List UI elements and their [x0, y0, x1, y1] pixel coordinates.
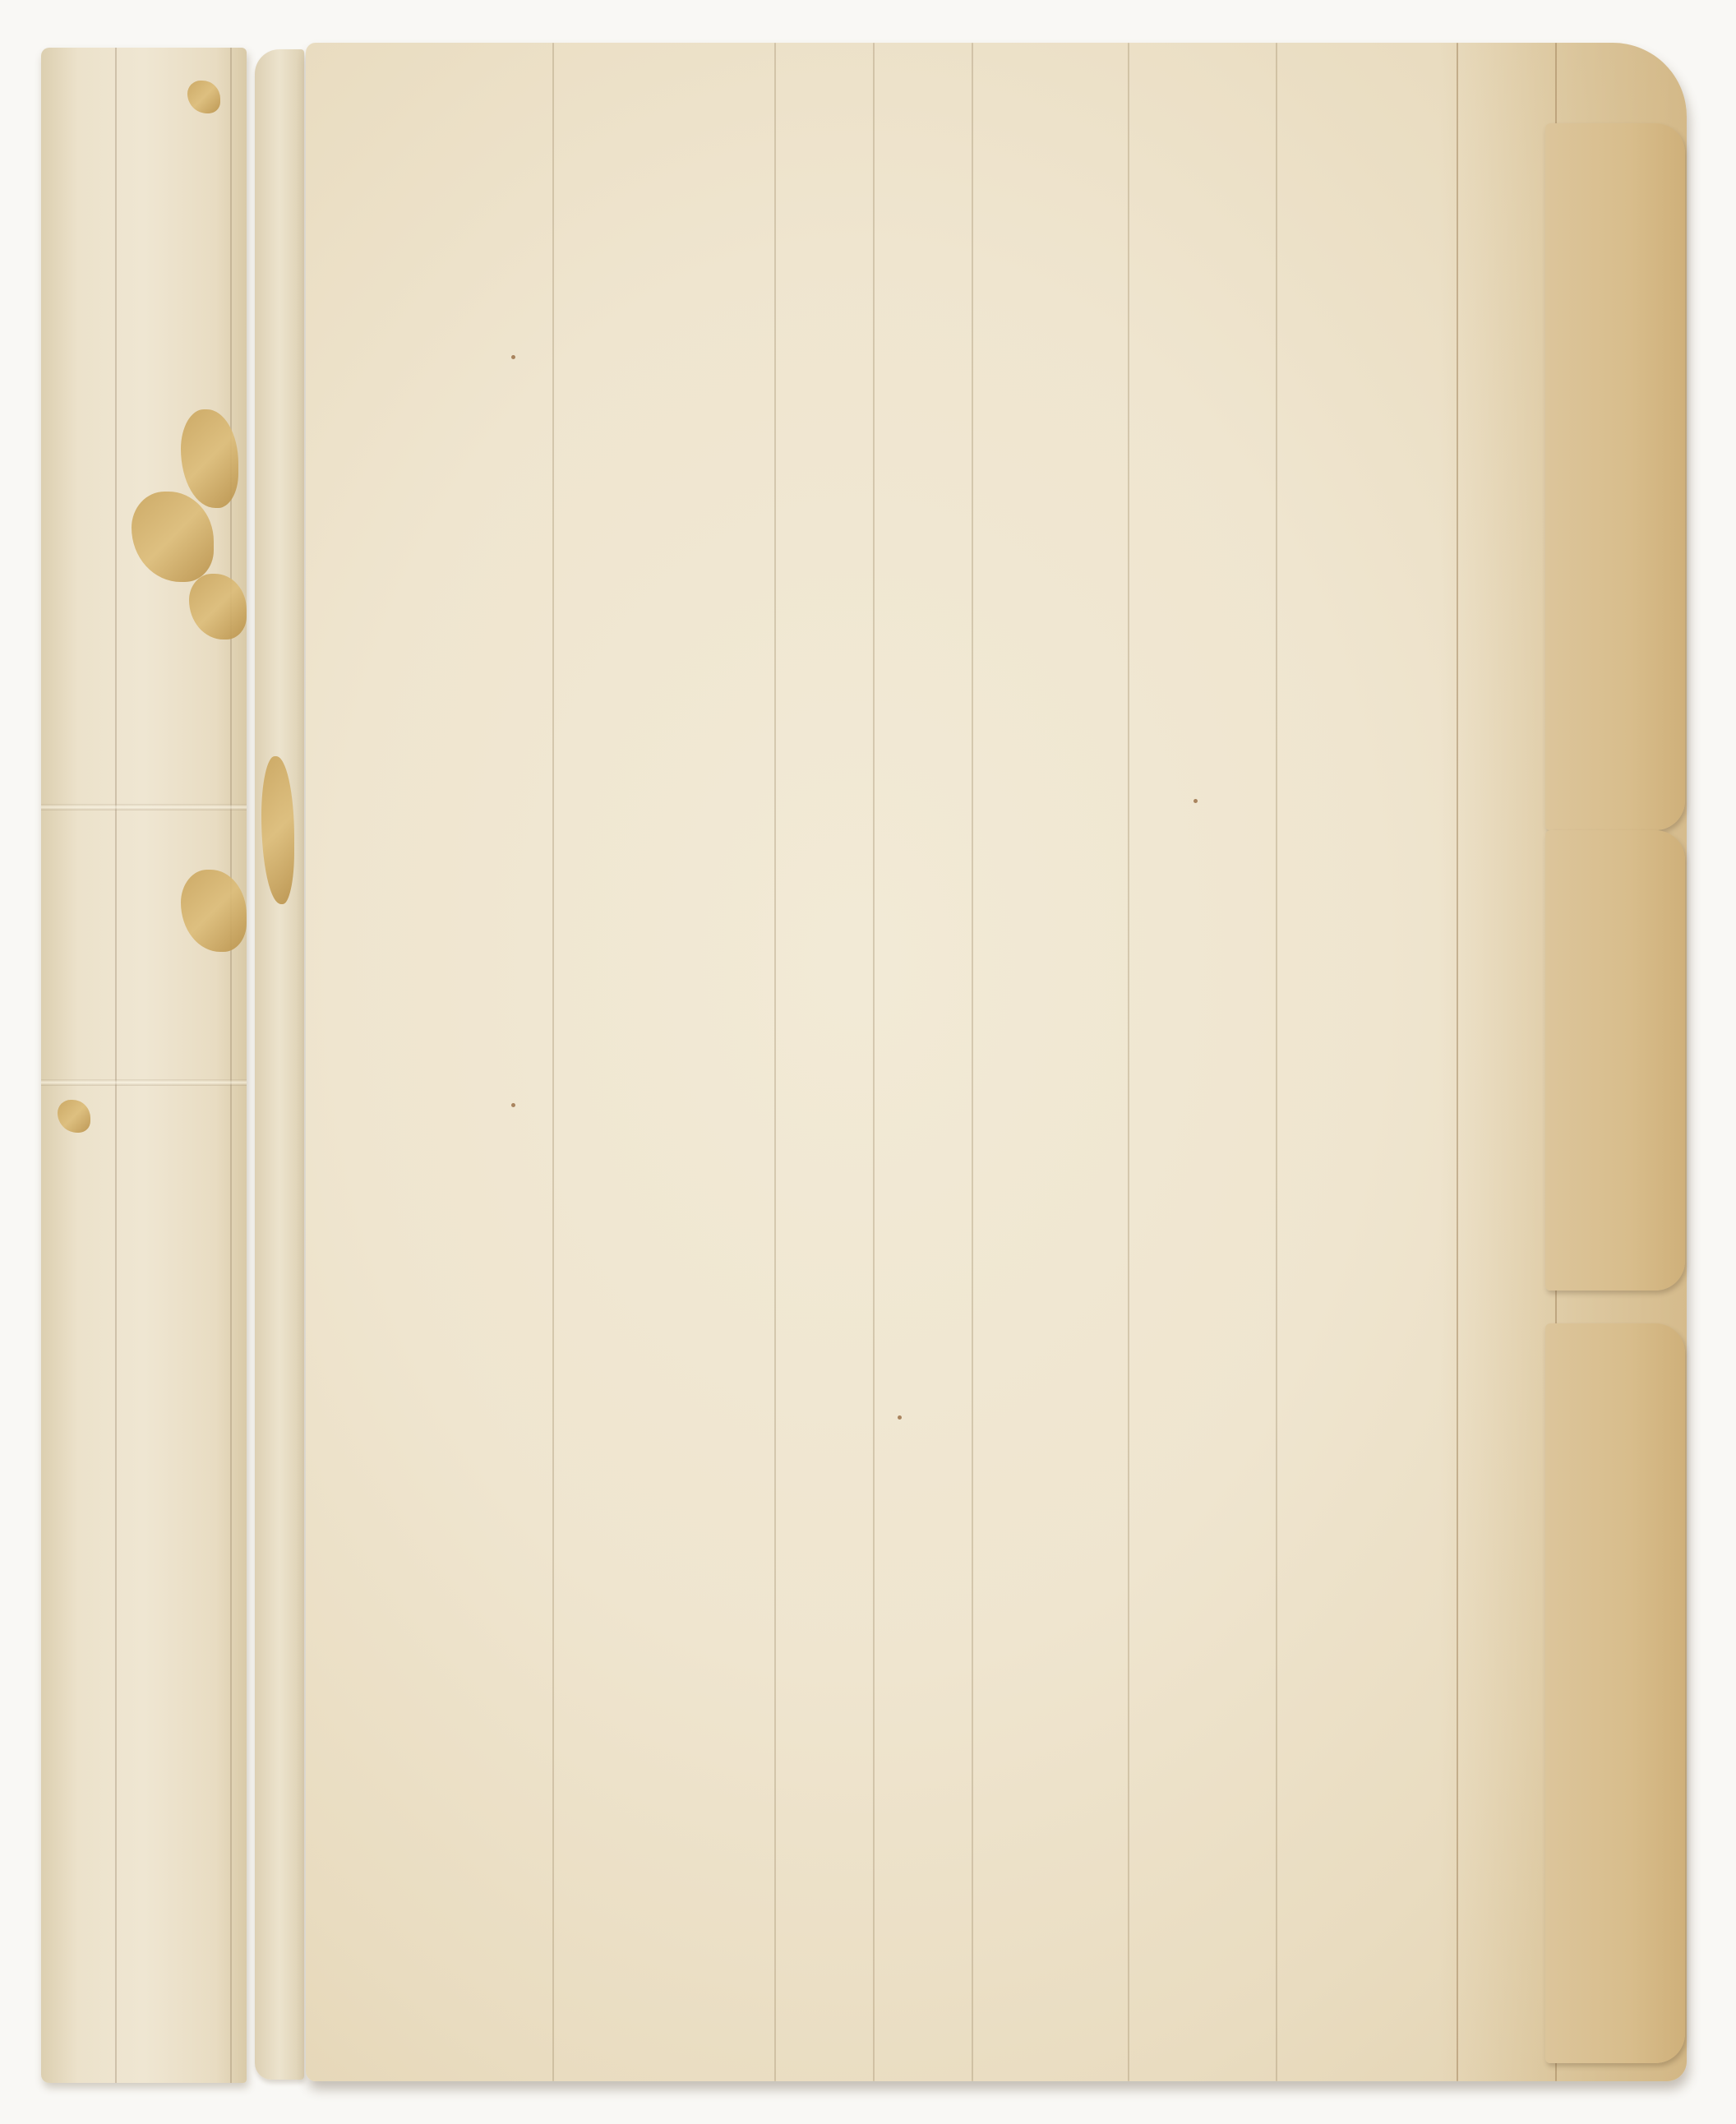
spine-fold [41, 1079, 247, 1086]
stain-speck [511, 1103, 515, 1107]
torn-edge-tab [1545, 123, 1685, 830]
stain-speck [898, 1415, 902, 1420]
book-cover-photo [0, 0, 1736, 2124]
crease-line [972, 43, 973, 2081]
crease-line [774, 43, 776, 2081]
gold-flake [189, 574, 247, 640]
crease-line [1457, 43, 1458, 2081]
crease-line [1276, 43, 1277, 2081]
spine-fold [41, 804, 247, 810]
crease-line [873, 43, 875, 2081]
gold-flake [58, 1100, 90, 1133]
stain-speck [1193, 799, 1198, 803]
torn-edge-tab [1545, 1323, 1685, 2063]
gold-flake [261, 756, 294, 904]
gold-flake [132, 492, 214, 582]
crease-line [1128, 43, 1129, 2081]
torn-edge-tab [1545, 830, 1685, 1291]
spine-crease [115, 48, 117, 2083]
front-cover-board [306, 43, 1687, 2081]
spine-crease [230, 48, 232, 2083]
book-spine [41, 48, 247, 2083]
gold-flake [181, 870, 247, 952]
stain-speck [511, 355, 515, 359]
crease-line [552, 43, 554, 2081]
book-hinge [255, 49, 304, 2080]
gold-flake [187, 81, 220, 113]
